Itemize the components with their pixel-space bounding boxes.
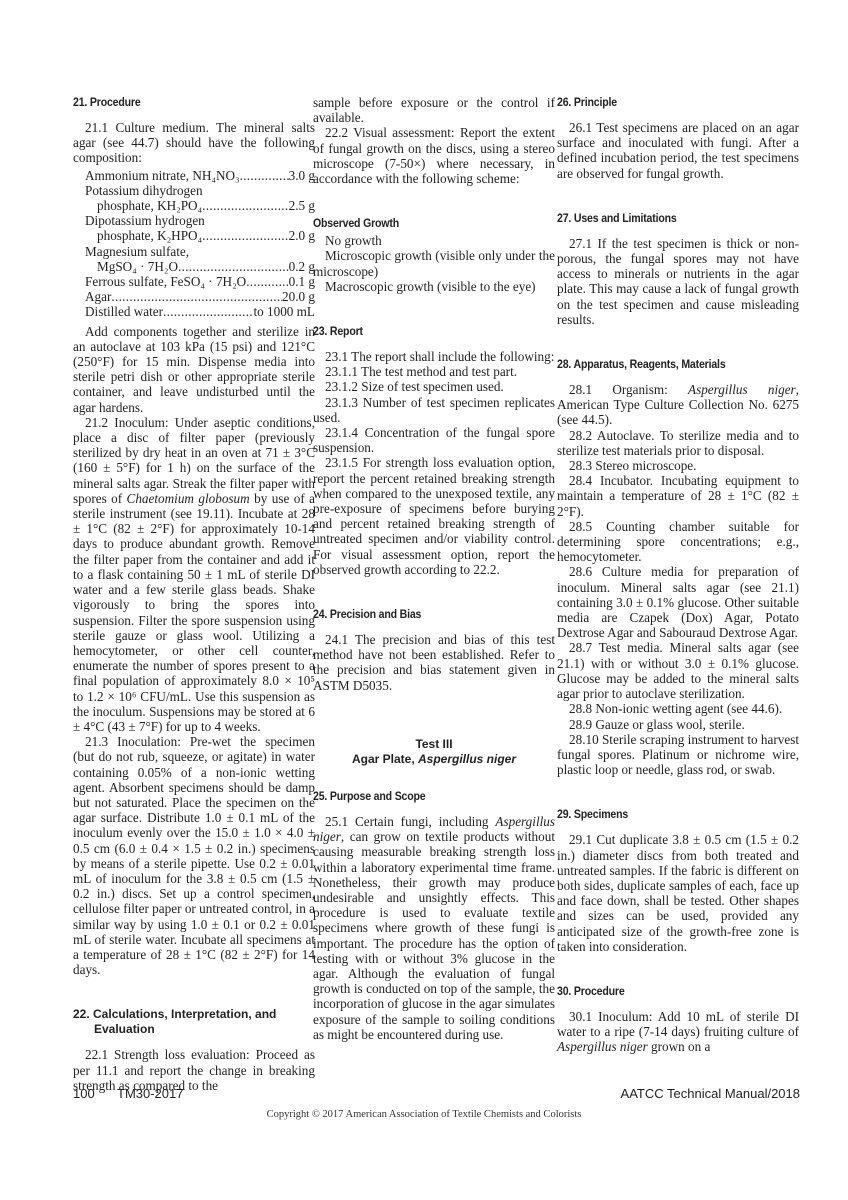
paragraph-28-2: 28.2 Autoclave. To sterilize media and t… [557,428,799,458]
composition-row: Ammonium nitrate, NH₄NO₃3.0 g [85,168,315,183]
paragraph-30-1: 30.1 Inoculum: Add 10 mL of sterile DI w… [557,1009,799,1055]
paragraph-22-1: 22.1 Strength loss evaluation: Proceed a… [73,1047,315,1093]
paragraph-28-1: 28.1 Organism: Aspergillus niger, Americ… [557,382,799,428]
observed-item: No growth [313,233,555,248]
composition-row: Potassium dihydrogen [85,183,315,198]
paragraph-29-1: 29.1 Cut duplicate 3.8 ± 0.5 cm (1.5 ± 0… [557,832,799,954]
column-2: sample before exposure or the control if… [313,95,555,1042]
section-heading-30: 30. Procedure [557,984,770,999]
paragraph-21-2: 21.2 Inoculum: Under aseptic conditions,… [73,415,315,734]
column-1: 21. Procedure 21.1 Culture medium. The m… [73,95,315,1093]
composition-row: Ferrous sulfate, FeSO₄ · 7H₂O0.1 g [85,274,315,289]
paragraph-21-1: 21.1 Culture medium. The mineral salts a… [73,120,315,166]
paragraph-22-1-cont: sample before exposure or the control if… [313,95,555,125]
paragraph-28-4: 28.4 Incubator. Incubating equipment to … [557,473,799,519]
paragraph-21-3: 21.3 Inoculation: Pre-wet the specimen (… [73,734,315,977]
paragraph-28-10: 28.10 Sterile scraping instrument to har… [557,732,799,778]
composition-row: Magnesium sulfate, [85,244,315,259]
section-heading-21: 21. Procedure [73,95,286,110]
paragraph-23-1-1: 23.1.1 The test method and test part. [313,364,555,379]
paragraph-28-3: 28.3 Stereo microscope. [557,458,799,473]
paragraph-28-9: 28.9 Gauze or glass wool, sterile. [557,717,799,732]
section-heading-28: 28. Apparatus, Reagents, Materials [557,357,770,372]
paragraph-23-1-3: 23.1.3 Number of test specimen replicate… [313,395,555,425]
paragraph-28-6: 28.6 Culture media for preparation of in… [557,564,799,640]
paragraph-28-5: 28.5 Counting chamber suitable for deter… [557,519,799,565]
section-heading-24: 24. Precision and Bias [313,607,526,622]
composition-row: Distilled waterto 1000 mL [85,304,315,319]
composition-row: MgSO₄ · 7H₂O0.2 g [85,259,315,274]
test-method-id: TM30-2017 [117,1086,183,1101]
section-heading-23: 23. Report [313,324,526,339]
page-number: 100 [73,1086,95,1101]
paragraph-21-1-sterilize: Add components together and sterilize in… [73,324,315,415]
section-heading-27: 27. Uses and Limitations [557,211,770,226]
paragraph-22-2: 22.2 Visual assessment: Report the exten… [313,125,555,186]
observed-growth-list: No growth Microscopic growth (visible on… [313,233,555,294]
section-heading-25: 25. Purpose and Scope [313,789,526,804]
composition-row: phosphate, KH₂PO₄2.5 g [85,198,315,213]
section-heading-22: 22. Calculations, Interpretation, and Ev… [73,1007,315,1037]
composition-list: Ammonium nitrate, NH₄NO₃3.0 g Potassium … [85,168,315,320]
observed-item: Macroscopic growth (visible to the eye) [313,279,555,294]
composition-row: phosphate, K₂HPO₄2.0 g [85,228,315,243]
copyright-notice: Copyright © 2017 American Association of… [0,1109,848,1120]
column-3: 26. Principle 26.1 Test specimens are pl… [557,95,799,1055]
paragraph-23-1-2: 23.1.2 Size of test specimen used. [313,379,555,394]
section-heading-26: 26. Principle [557,95,770,110]
paragraph-26-1: 26.1 Test specimens are placed on an aga… [557,120,799,181]
manual-title: AATCC Technical Manual/2018 [621,1086,800,1101]
section-heading-29: 29. Specimens [557,807,770,822]
document-page: 21. Procedure 21.1 Culture medium. The m… [0,0,848,1200]
composition-row: Dipotassium hydrogen [85,213,315,228]
paragraph-23-1-5: 23.1.5 For strength loss evaluation opti… [313,455,555,577]
test-iii-title: Test III Agar Plate, Aspergillus niger [313,737,555,767]
paragraph-27-1: 27.1 If the test specimen is thick or no… [557,236,799,327]
paragraph-28-8: 28.8 Non-ionic wetting agent (see 44.6). [557,701,799,716]
paragraph-23-1-4: 23.1.4 Concentration of the fungal spore… [313,425,555,455]
paragraph-24-1: 24.1 The precision and bias of this test… [313,632,555,693]
paragraph-28-7: 28.7 Test media. Mineral salts agar (see… [557,640,799,701]
observed-item: Microscopic growth (visible only under t… [313,248,555,278]
paragraph-25-1: 25.1 Certain fungi, including Aspergillu… [313,814,555,1042]
paragraph-23-1: 23.1 The report shall include the follow… [313,349,555,364]
composition-row: Agar20.0 g [85,289,315,304]
observed-growth-heading: Observed Growth [313,216,526,231]
